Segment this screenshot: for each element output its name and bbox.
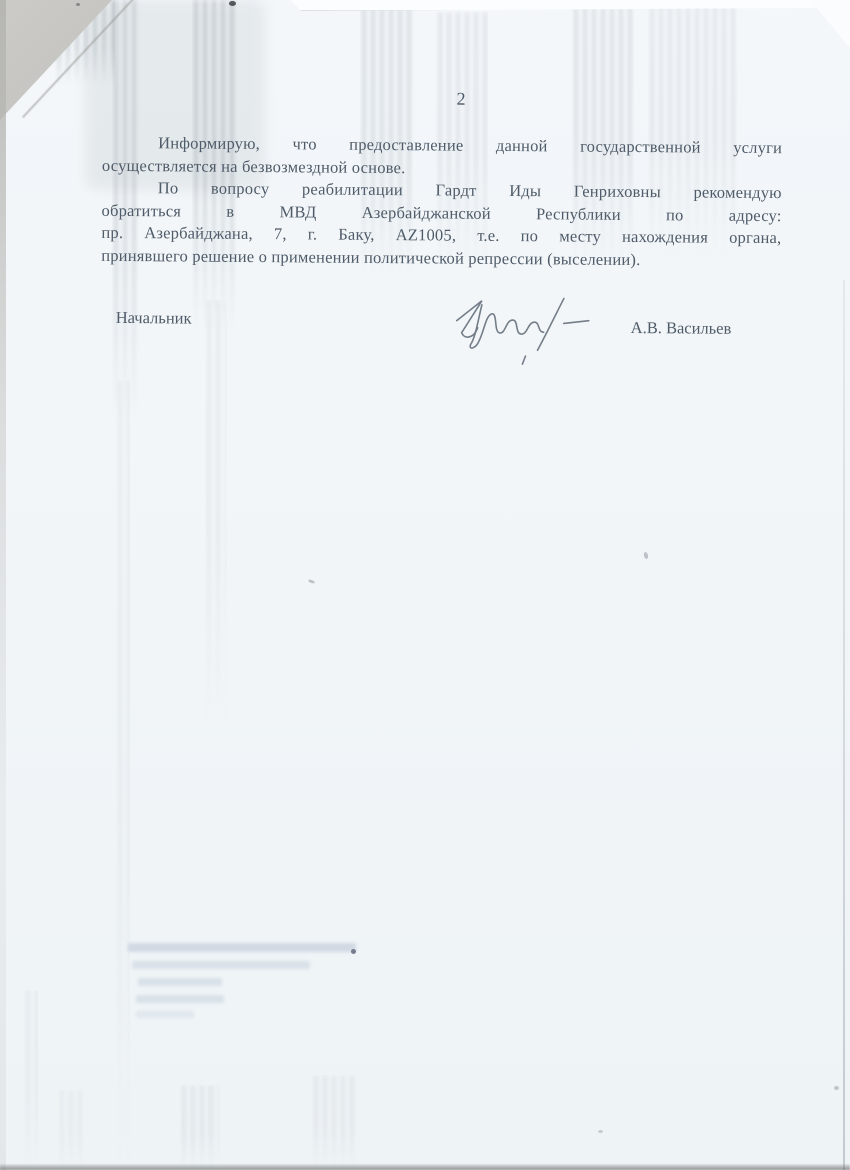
scanned-page: 2 Информирую, что предоставление данной … — [0, 0, 850, 1170]
handwritten-signature-icon — [450, 292, 596, 373]
body-text: Информирую, что предоставление данной го… — [101, 132, 782, 272]
signer-name: А.В. Васильев — [631, 318, 732, 339]
page-number: 2 — [456, 89, 465, 110]
document-content: 2 Информирую, что предоставление данной … — [0, 0, 850, 1170]
signer-position-label: Начальник — [116, 308, 192, 329]
